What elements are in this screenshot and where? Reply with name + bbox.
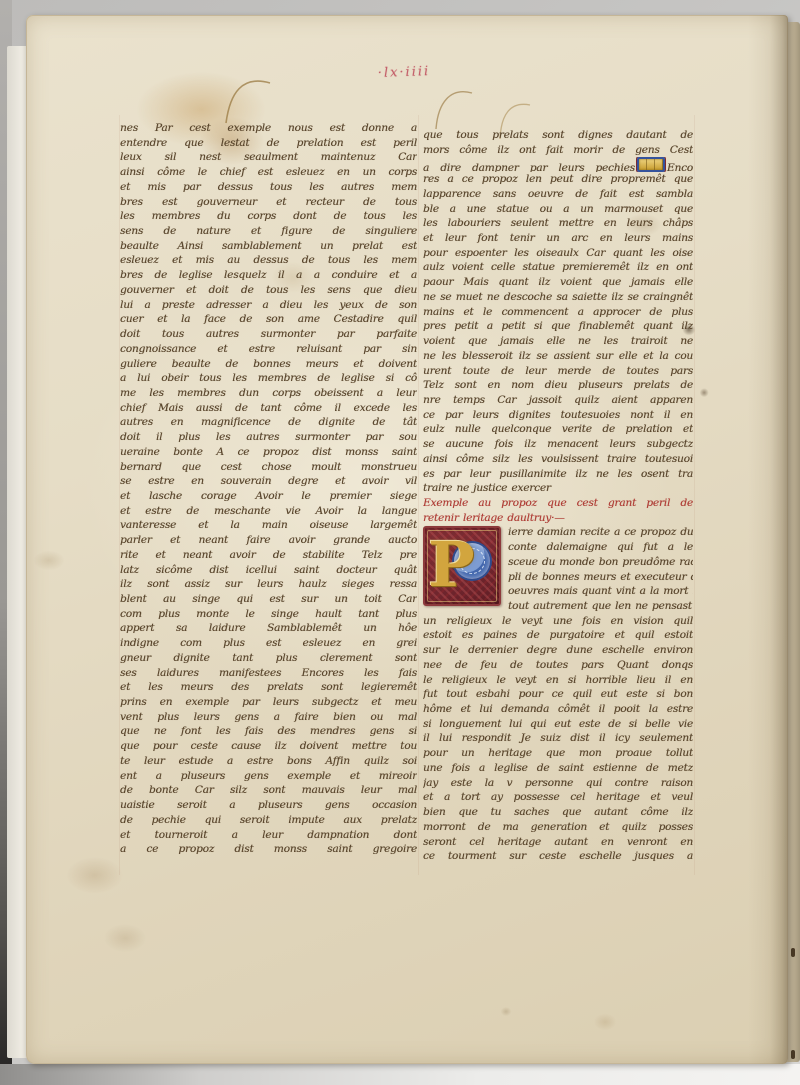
text-line: fut tout esbahi pour ce quil eut este si…	[423, 687, 693, 702]
text-line: estoit es paines de purgatoire et quil e…	[423, 628, 693, 643]
text-line: com plus monte le singe hault tant plus	[120, 607, 417, 622]
text-line: gouverner et doit de tous les sens que d…	[120, 283, 417, 298]
text-line: ainsi côme le chief est esleuez en un co…	[120, 165, 417, 180]
text-line: cuer et la face de son ame Cestadire qui…	[120, 312, 417, 327]
text-line: parler et neant faire avoir grande aucto	[120, 533, 417, 548]
text-line: vanteresse et la main oiseuse largemêt	[120, 518, 417, 533]
text-line: les membres du corps dont de tous les	[120, 209, 417, 224]
parchment-leaf: ·lx·iiii nes Par cest exemple nous est d…	[26, 15, 788, 1064]
text-line: eulz nulle quelconque verite de prelatio…	[423, 422, 693, 437]
text-line: mors côme ilz ont fait morir de gens Ces…	[423, 143, 693, 158]
text-line: et estre de meschante vie Avoir la langu…	[120, 504, 417, 519]
manuscript-photo: { "manuscript": { "folio_number": "·lx·i…	[0, 0, 800, 1085]
text-line: Telz sont en nom dieu pluseurs prelats d…	[423, 378, 693, 393]
left-column-lines: nes Par cest exemple nous est donne aent…	[120, 121, 417, 857]
text-line: sur le derrenier degre dune eschelle env…	[423, 643, 693, 658]
text-line: il lui respondit Je suiz dist il icy seu…	[423, 731, 693, 746]
text-line: bres est gouverneur et recteur de tous	[120, 195, 417, 210]
paraph-line-before: a dire dampner par leurs pechies	[423, 162, 635, 172]
rubric-line: retenir leritage daultruy·—	[423, 511, 693, 526]
text-line: morront de ma generation et quilz posses	[423, 820, 693, 835]
text-line: une fois a leglise de saint estienne de …	[423, 761, 693, 776]
text-line: bres de leglise lesquelz il a a conduire…	[120, 268, 417, 283]
text-line: pour un heritage que mon proaue tollut	[423, 746, 693, 761]
text-line: bernard que cest chose moult monstrueu	[120, 460, 417, 475]
text-line: tout autrement que len ne pensast Car	[508, 599, 693, 614]
text-line: ce par leurs dignites toutesuoies nont i…	[423, 408, 693, 423]
text-line: rite et neant avoir de stabilite Telz pr…	[120, 548, 417, 563]
text-line: uaistie seroit a pluseurs gens occasion	[120, 798, 417, 813]
text-line: les labouriers seulent mettre en leurs c…	[423, 216, 693, 231]
text-line: si longuement lui qui eut este de si bel…	[423, 717, 693, 732]
right-column-lines-2: res a ce propoz len peut dire propremêt …	[423, 172, 693, 496]
text-line: ent a pluseurs gens exemple et mireoir	[120, 769, 417, 784]
text-line: que pour ceste cause ilz doivent mettre …	[120, 739, 417, 754]
text-line: et mis par dessus tous les autres mem	[120, 180, 417, 195]
text-line: ne les blesseroit ilz se assient sur ell…	[423, 349, 693, 364]
text-line: te leur estude a estre bons Affin quilz …	[120, 754, 417, 769]
text-line: leux sil nest seaulment maintenuz Car	[120, 150, 417, 165]
text-line: traire ne justice exercer	[423, 481, 693, 496]
text-line: a ce propoz dist monss saint gregoire	[120, 842, 417, 857]
text-line: indigne com plus est esleuez en grei	[120, 636, 417, 651]
text-line: latz sicôme dist icellui saint docteur q…	[120, 563, 417, 578]
text-line: vent plus leurs gens a faire bien ou mal	[120, 710, 417, 725]
text-line: et leur font tenir un arc en leurs mains	[423, 231, 693, 246]
binding-stitch	[791, 948, 795, 957]
text-line: appert sa laidure Samblablemêt un hôe	[120, 621, 417, 636]
text-line: sceue du monde bon preudôme rac	[508, 555, 693, 570]
text-line: voient que jamais elle ne les trairoit n…	[423, 334, 693, 349]
text-line: aulz voient celle statue premieremêt ilz…	[423, 260, 693, 275]
text-line: me les membres dun corps obeissent a leu…	[120, 386, 417, 401]
text-line: gneur dignite tant plus clerement sont	[120, 651, 417, 666]
text-line: ble a une statue ou a un marmouset que	[423, 202, 693, 217]
text-line: mains et le commencent a approcer de plu…	[423, 305, 693, 320]
text-line: autres en magnificence de dignite de tât	[120, 415, 417, 430]
text-line: jay este la v personne qui contre raison	[423, 776, 693, 791]
text-line: ce tourment sur ceste eschelle jusques a	[423, 849, 693, 864]
text-line: a lui obeir tous les membres de leglise …	[120, 371, 417, 386]
text-line: et tourneroit a leur dampnation dont	[120, 828, 417, 843]
text-line: de bonte Car silz sont mauvais leur mal	[120, 783, 417, 798]
text-line: lui a preste adresser a dieu les yeux de…	[120, 298, 417, 313]
text-line: entendre que lestat de prelation est per…	[120, 136, 417, 151]
text-line: pres petit a petit si que finablemêt qua…	[423, 319, 693, 334]
rubric: Exemple au propoz que cest grant peril d…	[423, 496, 693, 525]
text-line: de pechie qui seroit impute aux prelatz	[120, 813, 417, 828]
text-line: bien que tu saches que autant côme ilz	[423, 805, 693, 820]
text-line: seront cel heritage autant en venront en	[423, 835, 693, 850]
text-line: nes Par cest exemple nous est donne a	[120, 121, 417, 136]
text-line: et a tort ay possesse cel heritage et ve…	[423, 790, 693, 805]
text-line: nre temps Car jassoit quilz aient appare…	[423, 393, 693, 408]
text-line: ne se muet ne descoche sa saiette ilz se…	[423, 290, 693, 305]
text-column-right: que tous prelats sont dignes dautant dem…	[423, 128, 693, 864]
text-line: se aucune fois ilz menacent leurs subgec…	[423, 437, 693, 452]
text-line: sens de nature et figure de singuliere	[120, 224, 417, 239]
illuminated-initial-P: P	[423, 526, 501, 606]
text-line: doit tous autres surmonter par parfaite	[120, 327, 417, 342]
text-line: que tous prelats sont dignes dautant de	[423, 128, 693, 143]
binding-stitch	[791, 1050, 795, 1059]
text-line: guliere beaulte de bonnes meurs et doive…	[120, 357, 417, 372]
text-line: beaulte Ainsi samblablement un prelat es…	[120, 239, 417, 254]
text-line: et lasche corage Avoir le premier siege	[120, 489, 417, 504]
text-line: pli de bonnes meurs et executeur de bone…	[508, 570, 693, 585]
text-line: es par leur pusillanimite ilz ne les ose…	[423, 467, 693, 482]
text-line: ilz sont assiz sur leurs haulz sieges re…	[120, 577, 417, 592]
text-line: prins en exemple par leurs subgectz et m…	[120, 695, 417, 710]
text-line: ainsi côme silz les voulsissent traire t…	[423, 452, 693, 467]
text-line: lapparence sans oeuvre de fait est sambl…	[423, 187, 693, 202]
right-column-lines-1: que tous prelats sont dignes dautant dem…	[423, 128, 693, 157]
text-line: esleuez et mis au dessus de tous les mem	[120, 253, 417, 268]
text-line: et les meurs des prelats sont legieremêt	[120, 680, 417, 695]
gutter-fold-shading	[748, 15, 788, 1064]
text-line-with-paraph: a dire dampner par leurs pechiesEnco	[423, 157, 693, 172]
paraph-mark-icon	[637, 157, 665, 172]
text-line: chief Mais aussi de tant côme il excede …	[120, 401, 417, 416]
text-line: ueraine bonte A ce propoz dist monss sai…	[120, 445, 417, 460]
text-line: urent toute de leur merde de toutes pars	[423, 364, 693, 379]
text-line: que ne font les fais des mendres gens si	[120, 724, 417, 739]
text-line: res a ce propoz len peut dire propremêt …	[423, 172, 693, 187]
paraph-line-after: Enco	[667, 162, 693, 172]
text-line: ierre damian recite a ce propoz dun	[508, 525, 693, 540]
text-line: un religieux le veyt une fois en vision …	[423, 614, 693, 629]
text-line: ses laidures manifestees Encores les fai…	[120, 666, 417, 681]
text-line: se estre en souverain degre et avoir vil	[120, 474, 417, 489]
rubric-line: Exemple au propoz que cest grant peril d…	[423, 496, 693, 511]
photo-backdrop-bottom	[0, 1064, 800, 1085]
text-line: hôme et lui demanda cômêt il pooit la es…	[423, 702, 693, 717]
text-line: conte dalemaigne qui fut a le	[508, 540, 693, 555]
text-column-left: nes Par cest exemple nous est donne aent…	[120, 121, 417, 857]
text-line: congnoissance et estre reluisant par sin	[120, 342, 417, 357]
text-line: blent au singe qui est sur un toit Car	[120, 592, 417, 607]
exemplum-paragraph: P ierre damian recite a ce propoz duncon…	[423, 525, 693, 864]
text-line: pour espoenter les oiseaulx Car quant le…	[423, 246, 693, 261]
initial-letter: P	[428, 528, 474, 602]
text-line: oeuvres mais quant vint a la mort il ala	[508, 584, 693, 599]
text-line: doit il plus les autres surmonter par so…	[120, 430, 417, 445]
text-line: le religieux le veyt en si horrible lieu…	[423, 673, 693, 688]
text-line: paour Mais quant ilz voient que jamais e…	[423, 275, 693, 290]
underlying-leaf-edge	[786, 22, 800, 1062]
text-line: nee de feu de toutes pars Quant donqs	[423, 658, 693, 673]
